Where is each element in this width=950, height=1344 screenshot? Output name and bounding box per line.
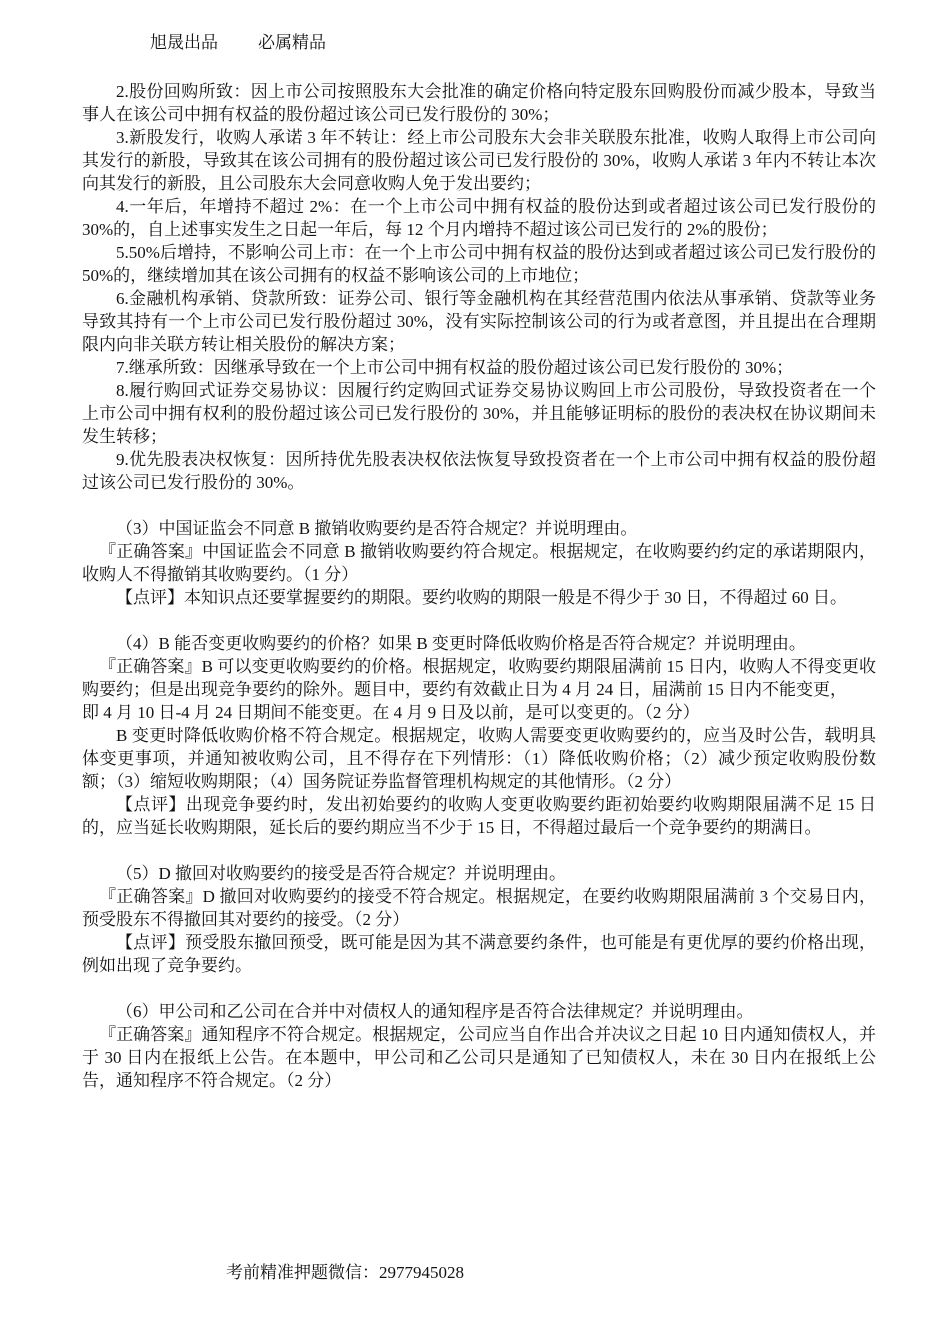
question-section-3: （3）中国证监会不同意 B 撤销收购要约是否符合规定？并说明理由。 『正确答案』…	[82, 517, 876, 609]
list-item-5: 5.50%后增持，不影响公司上市：在一个上市公司中拥有权益的股份达到或者超过该公…	[82, 241, 876, 287]
list-item-3: 3.新股发行，收购人承诺 3 年不转让：经上市公司股东大会非关联股东批准，收购人…	[82, 126, 876, 195]
list-item-8: 8.履行购回式证券交易协议：因履行约定购回式证券交易协议购回上市公司股份，导致投…	[82, 379, 876, 448]
comment-text: 【点评】出现竞争要约时，发出初始要约的收购人变更收购要约距初始要约收购期限届满不…	[82, 793, 876, 839]
answer-text: 『正确答案』通知程序不符合规定。根据规定，公司应当自作出合并决议之日起 10 日…	[82, 1023, 876, 1092]
question-section-4: （4）B 能否变更收购要约的价格？如果 B 变更时降低收购价格是否符合规定？并说…	[82, 632, 876, 839]
question-text: （6）甲公司和乙公司在合并中对债权人的通知程序是否符合法律规定？并说明理由。	[82, 1000, 876, 1023]
brand-left: 旭晟出品	[150, 33, 218, 52]
answer-text: 『正确答案』D 撤回对收购要约的接受不符合规定。根据规定，在要约收购期限届满前 …	[82, 885, 876, 931]
comment-text: 【点评】预受股东撤回预受，既可能是因为其不满意要约条件，也可能是有更优厚的要约价…	[82, 931, 876, 977]
answer-text: 『正确答案』中国证监会不同意 B 撤销收购要约符合规定。根据规定，在收购要约约定…	[82, 540, 876, 586]
question-text: （3）中国证监会不同意 B 撤销收购要约是否符合规定？并说明理由。	[82, 517, 876, 540]
list-item-9: 9.优先股表决权恢复：因所持优先股表决权依法恢复导致投资者在一个上市公司中拥有权…	[82, 448, 876, 494]
footer-contact: 考前精准押题微信：2977945028	[226, 1263, 464, 1282]
list-item-6: 6.金融机构承销、贷款所致：证券公司、银行等金融机构在其经营范围内依法从事承销、…	[82, 287, 876, 356]
answer-text: B 变更时降低收购价格不符合规定。根据规定，收购人需要变更收购要约的，应当及时公…	[82, 724, 876, 793]
list-item-2: 2.股份回购所致：因上市公司按照股东大会批准的确定价格向特定股东回购股份而减少股…	[82, 80, 876, 126]
page-footer: 考前精准押题微信：2977945028	[226, 1261, 464, 1284]
comment-text: 【点评】本知识点还要掌握要约的期限。要约收购的期限一般是不得少于 30 日，不得…	[82, 586, 876, 609]
list-item-7: 7.继承所致：因继承导致在一个上市公司中拥有权益的股份超过该公司已发行股份的 3…	[82, 356, 876, 379]
answer-text-continuation: 即 4 月 10 日-4 月 24 日期间不能变更。在 4 月 9 日及以前，是…	[82, 701, 876, 724]
document-page: 旭晟出品必属精品 2.股份回购所致：因上市公司按照股东大会批准的确定价格向特定股…	[0, 0, 950, 1344]
page-header: 旭晟出品必属精品	[150, 31, 326, 54]
answer-text: 『正确答案』B 可以变更收购要约的价格。根据规定，收购要约期限届满前 15 日内…	[82, 655, 876, 701]
question-section-6: （6）甲公司和乙公司在合并中对债权人的通知程序是否符合法律规定？并说明理由。 『…	[82, 1000, 876, 1092]
question-section-5: （5）D 撤回对收购要约的接受是否符合规定？并说明理由。 『正确答案』D 撤回对…	[82, 862, 876, 977]
question-text: （5）D 撤回对收购要约的接受是否符合规定？并说明理由。	[82, 862, 876, 885]
brand-right: 必属精品	[258, 33, 326, 52]
document-body: 2.股份回购所致：因上市公司按照股东大会批准的确定价格向特定股东回购股份而减少股…	[82, 80, 876, 1092]
list-item-4: 4.一年后，年增持不超过 2%：在一个上市公司中拥有权益的股份达到或者超过该公司…	[82, 195, 876, 241]
question-text: （4）B 能否变更收购要约的价格？如果 B 变更时降低收购价格是否符合规定？并说…	[82, 632, 876, 655]
